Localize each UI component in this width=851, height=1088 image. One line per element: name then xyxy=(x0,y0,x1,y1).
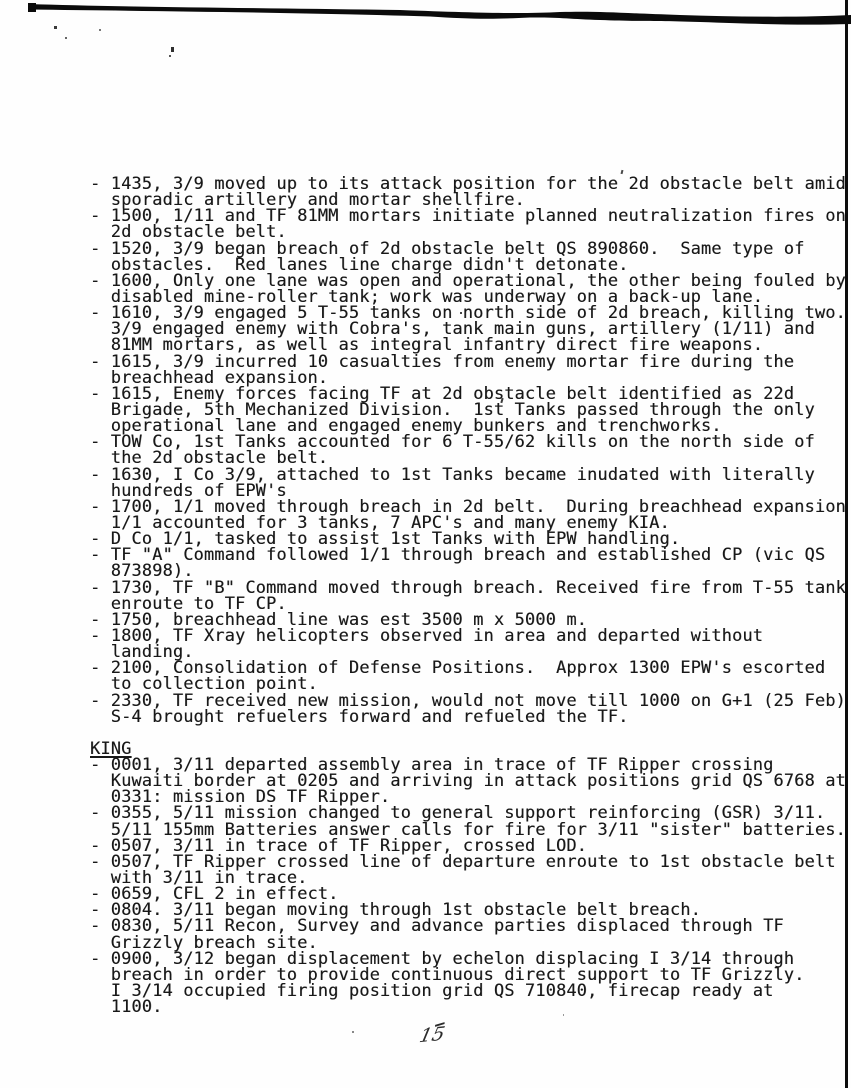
scan-speck xyxy=(563,1014,564,1016)
document-line: I 3/14 occupied firing position grid QS … xyxy=(90,983,846,999)
scan-speck xyxy=(65,37,67,39)
scan-speck xyxy=(99,29,101,31)
scan-speck xyxy=(54,26,57,29)
scan-speck xyxy=(171,47,174,52)
page-number: 15 xyxy=(417,1023,447,1047)
scanned-page: - 1435, 3/9 moved up to its attack posit… xyxy=(0,0,851,1088)
scan-speck xyxy=(352,1031,354,1033)
document-line: 1100. xyxy=(90,999,846,1015)
scan-artifact-top-edge xyxy=(0,0,851,36)
scan-speck xyxy=(460,312,462,314)
document-line: - 1800, TF Xray helicopters observed in … xyxy=(90,628,846,644)
page-number-text: 15 xyxy=(417,1023,447,1047)
document-line: - TF "A" Command followed 1/1 through br… xyxy=(90,547,846,563)
document-section: KING- 0001, 3/11 departed assembly area … xyxy=(90,741,846,1015)
scan-speck xyxy=(169,55,171,57)
document-line: S-4 brought refuelers forward and refuel… xyxy=(90,709,846,725)
document-body: - 1435, 3/9 moved up to its attack posit… xyxy=(90,176,846,1015)
document-section: - 1435, 3/9 moved up to its attack posit… xyxy=(90,176,846,725)
